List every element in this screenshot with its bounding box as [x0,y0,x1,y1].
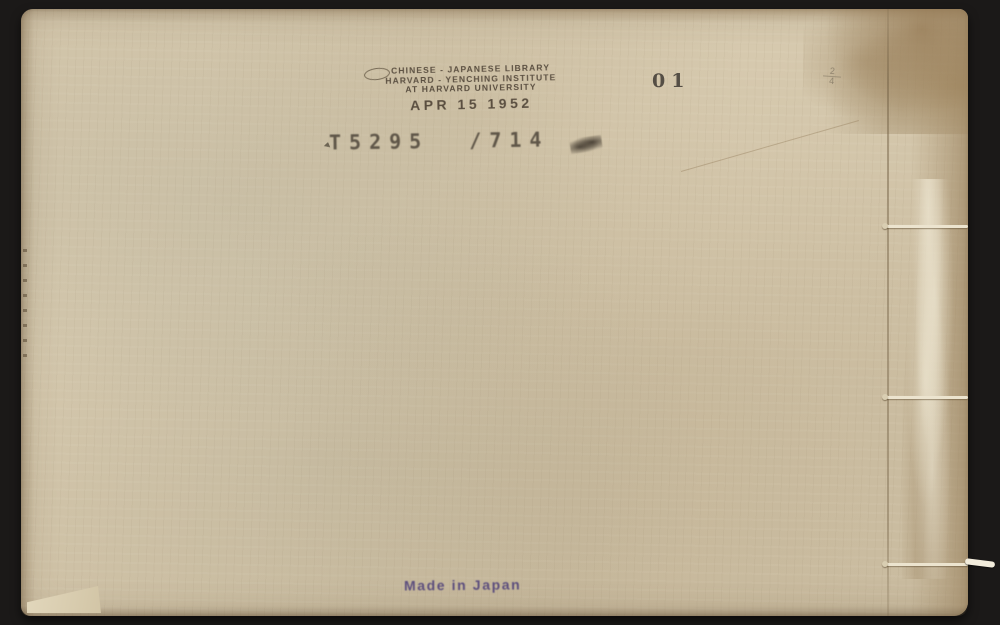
stitch-thread [885,563,968,566]
stamp-date-line: APR 15 1952 [350,93,592,114]
worn-corner-fold [27,586,101,613]
pencil-fraction-denominator: 4 [822,75,841,86]
right-edge-water-stain [902,179,954,579]
binding-fold-line [887,9,889,616]
stitch-thread [885,225,968,228]
call-number-stamp: T5295 /714 [329,127,550,154]
stitch-knot [882,223,888,229]
pencil-fraction-note: 2 4 [822,66,841,86]
stitch-thread [885,396,968,399]
frayed-thread-tail [965,558,996,568]
stitch-knot [882,561,888,567]
scanned-book-cover: CHINESE - JAPANESE LIBRARY HARVARD - YEN… [21,9,968,616]
bottom-edge-wear [21,606,968,616]
left-edge-tick-marks [23,249,27,369]
made-in-japan-stamp: Made in Japan [404,576,521,593]
scratch-line [681,120,859,172]
page-number-stamp: 01 [652,70,690,92]
library-accession-stamp: CHINESE - JAPANESE LIBRARY HARVARD - YEN… [350,62,593,114]
ink-smudge [569,135,603,154]
stitch-knot [882,394,888,400]
